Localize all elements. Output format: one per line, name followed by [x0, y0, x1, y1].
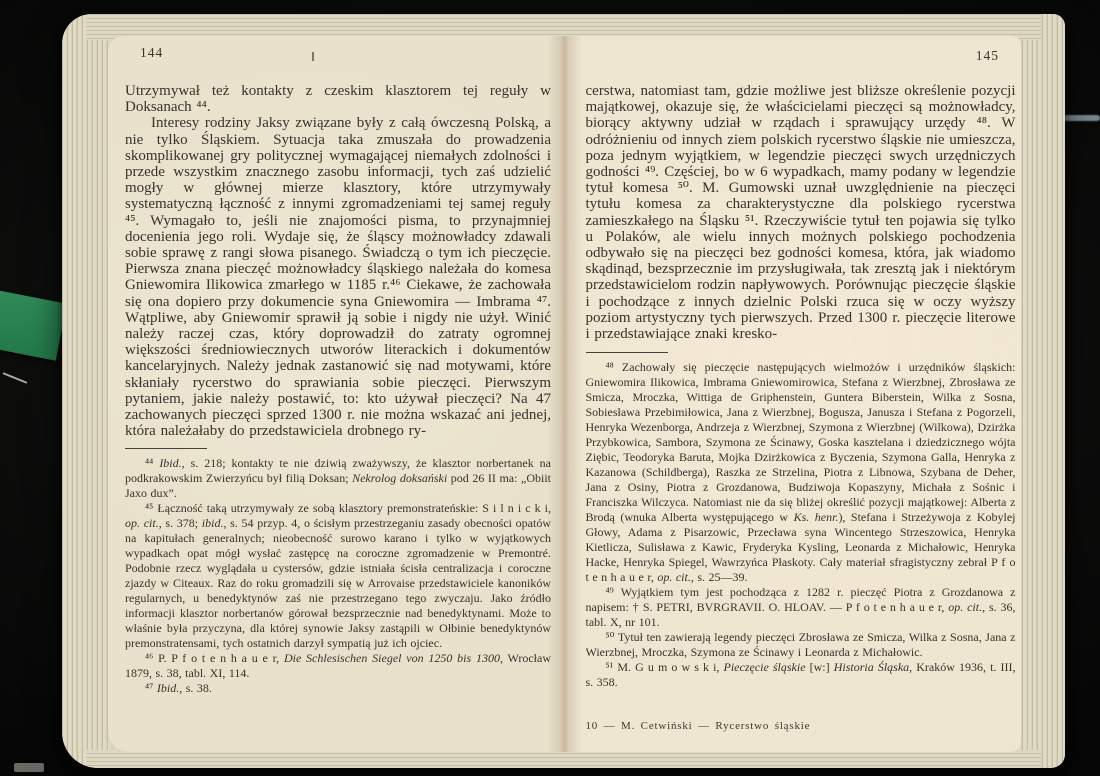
- page-right: 145 cerstwa, natomiast tam, gdzie możliw…: [565, 36, 1022, 752]
- footnote: ⁴⁸ Zachowały się pieczęcie następujących…: [586, 360, 1016, 585]
- left-footnotes: ⁴⁴ Ibid., s. 218; kontakty te nie dziwią…: [125, 456, 551, 696]
- page-edges-left: [62, 14, 112, 768]
- page-left: 144 Utrzymywał też kontakty z czeskim kl…: [108, 36, 565, 752]
- footnote: ⁵¹ M. G u m o w s k i, Pieczęcie śląskie…: [586, 660, 1016, 690]
- footnote: ⁴⁶ P. P f o t e n h a u e r, Die Schlesi…: [125, 651, 551, 681]
- footnote: ⁴⁴ Ibid., s. 218; kontakty te nie dziwią…: [125, 456, 551, 501]
- left-main-text: Utrzymywał też kontakty z czeskim klaszt…: [125, 83, 551, 439]
- right-main-text: cerstwa, natomiast tam, gdzie możliwe je…: [586, 83, 1016, 342]
- footnote: ⁴⁵ Łączność taką utrzymywały ze sobą kla…: [125, 501, 551, 651]
- green-cover-accent: [0, 289, 67, 360]
- white-thread: [3, 372, 28, 384]
- open-book: 144 Utrzymywał też kontakty z czeskim kl…: [62, 14, 1065, 768]
- book-gutter: [547, 36, 583, 752]
- paragraph: Utrzymywał też kontakty z czeskim klaszt…: [125, 83, 551, 115]
- open-spread: 144 Utrzymywał też kontakty z czeskim kl…: [108, 36, 1021, 752]
- right-footnotes: ⁴⁸ Zachowały się pieczęcie następujących…: [586, 360, 1016, 690]
- page-number-left: 144: [140, 45, 163, 61]
- volume-signature-line: 10 — M. Cetwiński — Rycerstwo śląskie: [586, 720, 811, 732]
- gray-mark: [14, 763, 44, 772]
- footnote: ⁵⁰ Tytuł ten zawierają legendy pieczęci …: [586, 630, 1016, 660]
- photo-background: 144 Utrzymywał też kontakty z czeskim kl…: [0, 0, 1100, 776]
- footnote-separator: [586, 352, 668, 353]
- page-edges-bottom: [86, 750, 1041, 768]
- ink-speck: [312, 52, 314, 61]
- footnote: ⁴⁷ Ibid., s. 38.: [125, 681, 551, 696]
- paragraph: Interesy rodziny Jaksy związane były z c…: [125, 115, 551, 439]
- footnote: ⁴⁹ Wyjątkiem tym jest pochodząca z 1282 …: [586, 585, 1016, 630]
- paragraph: cerstwa, natomiast tam, gdzie możliwe je…: [586, 83, 1016, 342]
- page-number-right: 145: [976, 48, 999, 64]
- footnote-separator: [125, 448, 207, 449]
- page-edges-right: [1017, 14, 1065, 768]
